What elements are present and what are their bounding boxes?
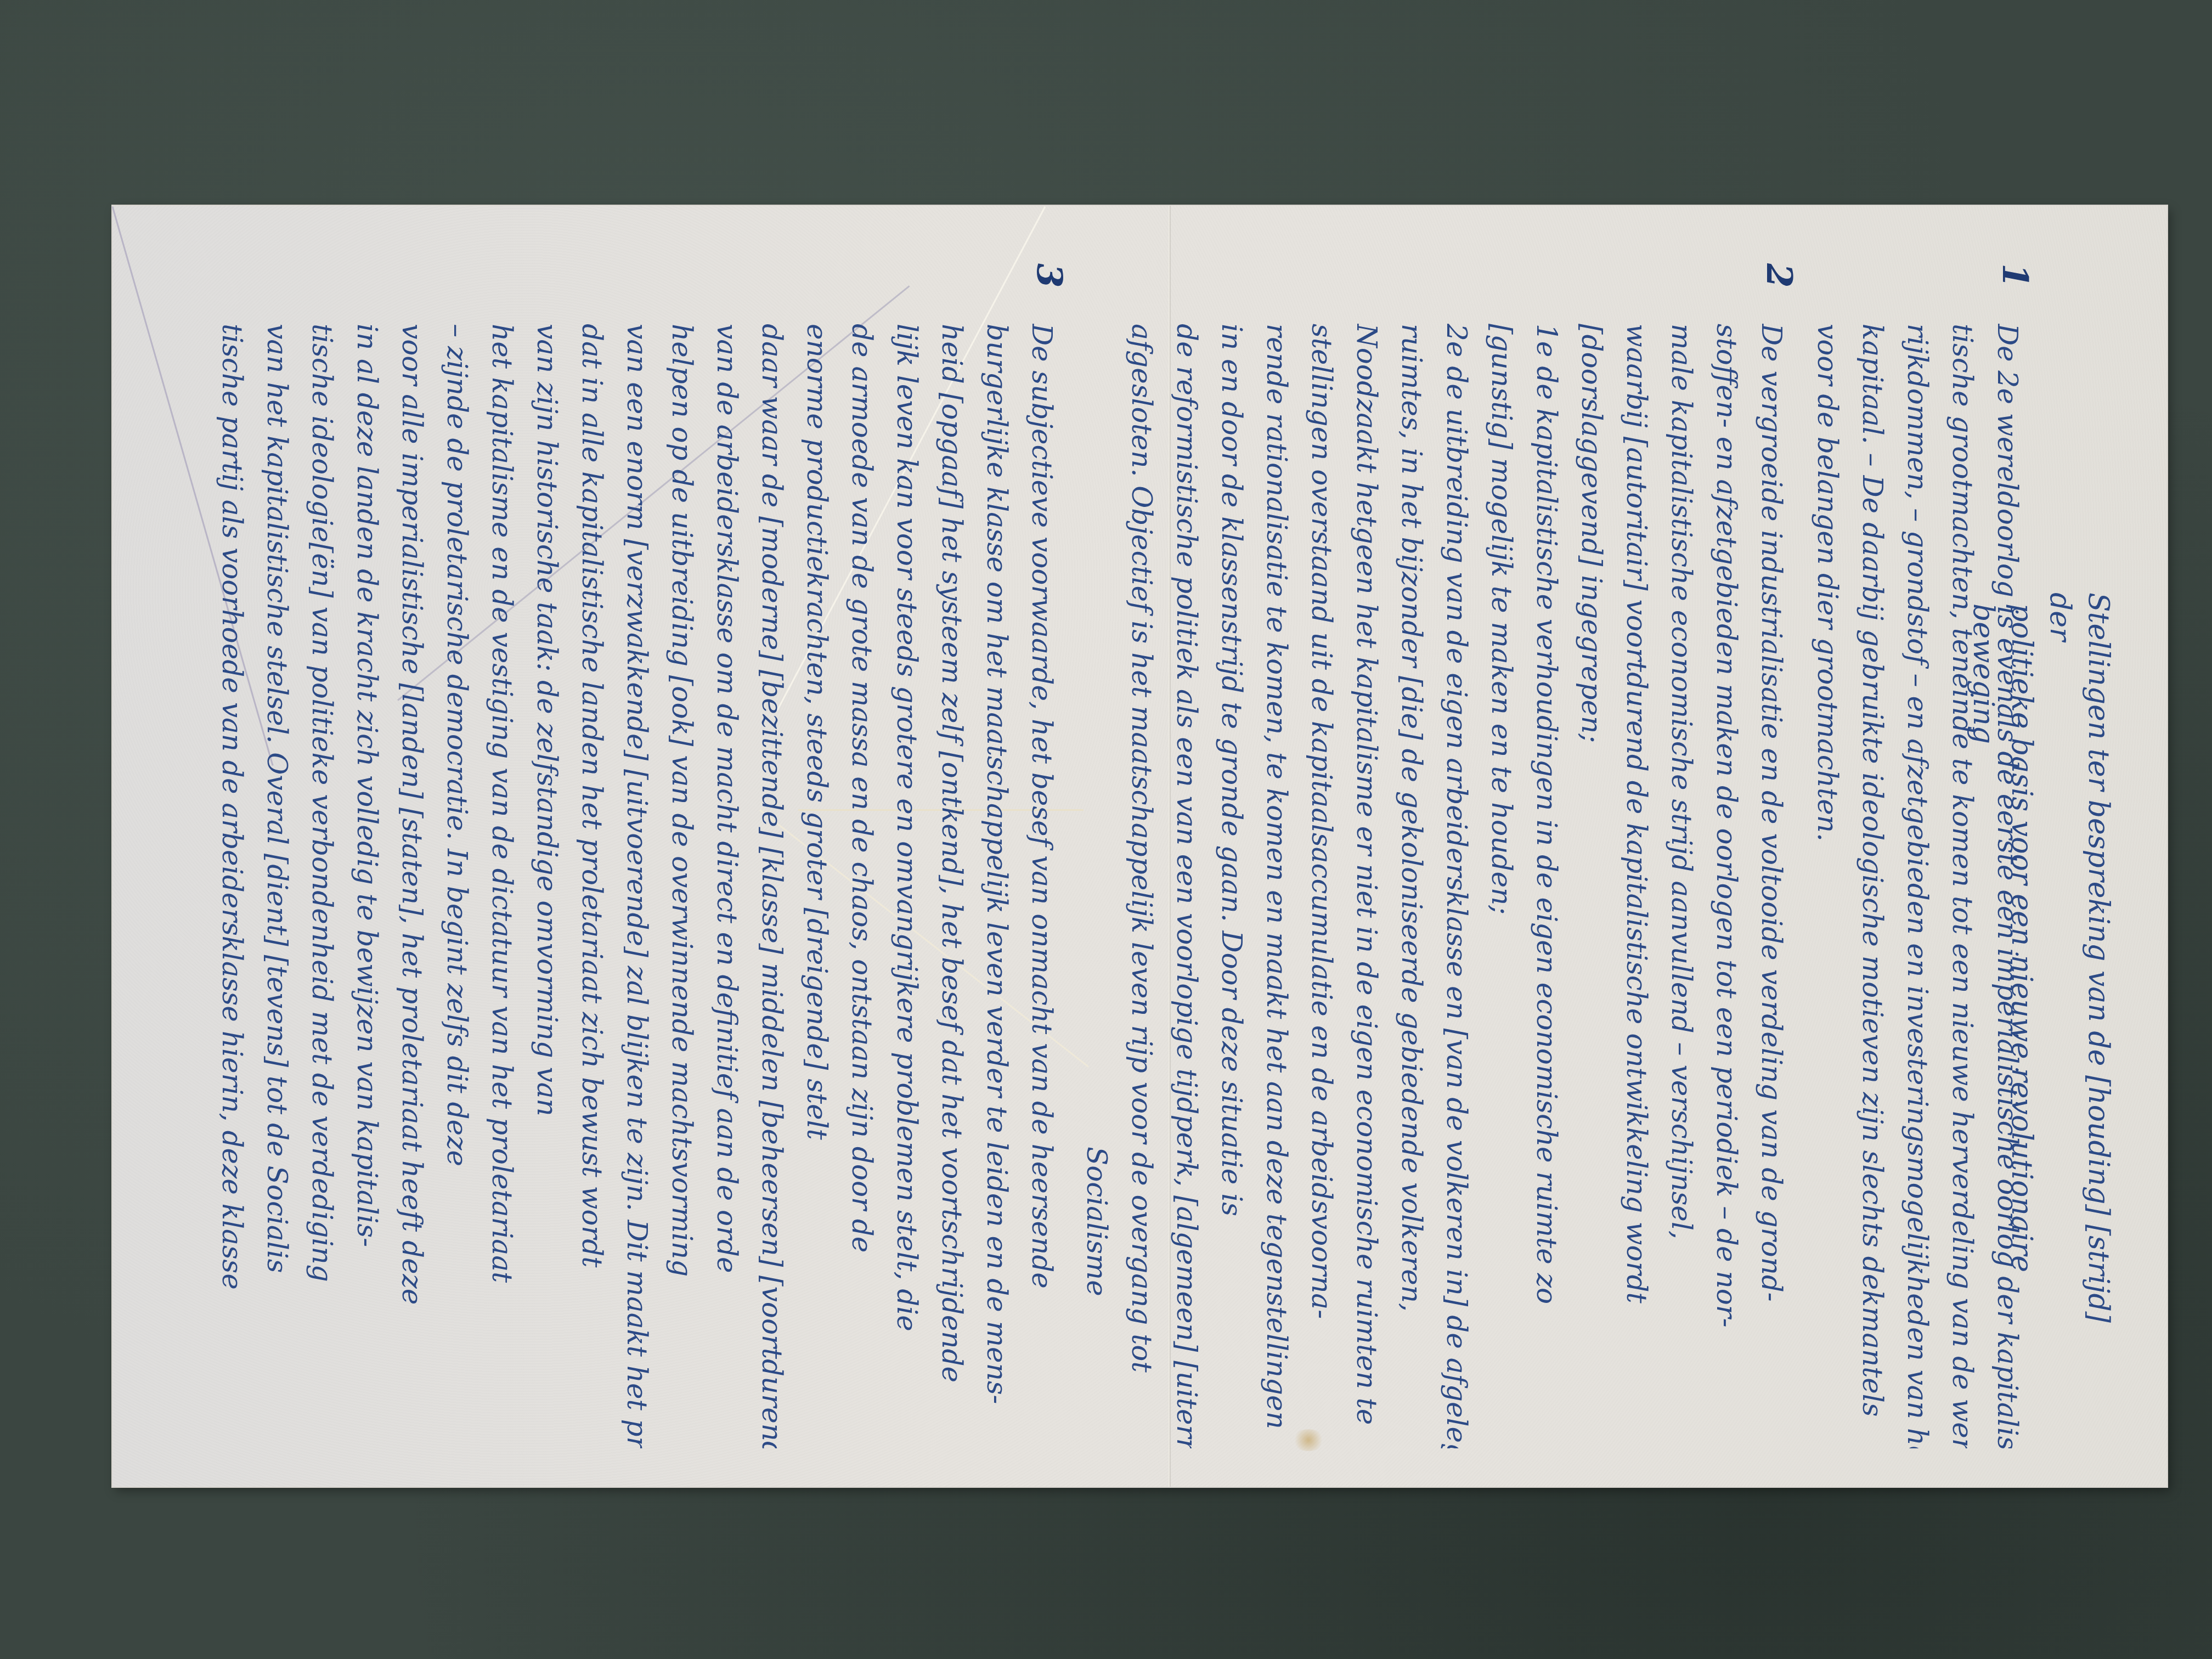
text-line: van een enorm [verzwakkende] [uitvoerend… <box>614 324 659 1448</box>
text-line: [doorslaggevend] ingegrepen; <box>1569 324 1614 1448</box>
text-line: helpen op de uitbreiding [ook] van de ov… <box>659 324 704 1448</box>
text-line: voor alle imperialistische [landen] [sta… <box>390 324 435 1448</box>
handwritten-text: Stellingen ter bespreking van de [houdin… <box>132 241 2129 1448</box>
text-line: van het kapitalistische stelsel. Overal … <box>255 324 300 1448</box>
section-number: 1 <box>1994 263 2035 288</box>
text-line: De 2e wereldoorlog is evenals de eerste … <box>1985 324 2030 1448</box>
text-line: [gunstig] mogelijk te maken en te houden… <box>1479 324 1524 1448</box>
text-line: tische ideologie[ën] van politieke verbo… <box>300 324 345 1448</box>
section-3: De subjectieve voorwaarde, het besef van… <box>210 324 1064 1448</box>
text-line: waarbij [autoritair] voortdurend de kapi… <box>1614 324 1659 1448</box>
text-line: De vergroeide industrialisatie en de vol… <box>1749 324 1794 1448</box>
text-line: het kapitalisme en de vestiging van de d… <box>479 324 524 1448</box>
text-line: – zijnde de proletarische democratie. In… <box>435 324 479 1448</box>
text-line: dat in alle kapitalistische landen het p… <box>569 324 614 1448</box>
text-line: enorme productiekrachten, steeds groter … <box>794 324 839 1448</box>
text-line: Socialisme <box>1074 324 1119 1448</box>
text-line: de armoede van de grote massa en de chao… <box>839 324 884 1448</box>
text-line: voor de belangen dier grootmachten. <box>1805 324 1850 1448</box>
text-line: stellingen overstaand uit de kapitaalsac… <box>1299 324 1344 1448</box>
section-2: De vergroeide industrialisatie en de vol… <box>1074 324 1794 1448</box>
text-line: lijk leven kan voor steeds grotere en om… <box>884 324 929 1448</box>
section-number: 3 <box>1029 263 1070 288</box>
text-line: van de arbeidersklasse om de macht direc… <box>704 324 749 1448</box>
text-line: tische grootmachten, teneinde te komen t… <box>1940 324 1985 1448</box>
text-line: stoffen- en afzetgebieden maken de oorlo… <box>1704 324 1749 1448</box>
text-line: heid [opgaaf] het systeem zelf [ontkend]… <box>929 324 974 1448</box>
text-line: burgerlijke klasse om het maatschappelij… <box>974 324 1019 1448</box>
text-line: daar waar de [moderne] [bezittende] [kla… <box>749 324 794 1448</box>
text-line: Noodzaakt hetgeen het kapitalisme er nie… <box>1344 324 1389 1448</box>
text-line: rende rationalisatie te komen, te komen … <box>1254 324 1299 1448</box>
text-line: afgesloten. Objectief is het maatschappe… <box>1119 324 1164 1448</box>
text-line: 2e de uitbreiding van de eigen arbeiders… <box>1434 324 1479 1448</box>
text-line: de reformistische politiek als een van e… <box>1164 324 1209 1448</box>
text-line: ruimtes, in het bijzonder [die] de gekol… <box>1389 324 1434 1448</box>
text-line: 1e de kapitalistische verhoudingen in de… <box>1524 324 1569 1448</box>
text-line: in al deze landen de kracht zich volledi… <box>345 324 390 1448</box>
section-1: De 2e wereldoorlog is evenals de eerste … <box>1805 324 2030 1448</box>
text-line: tische partij als voorhoede van de arbei… <box>210 324 255 1448</box>
text-line: kapitaal. – De daarbij gebruikte ideolog… <box>1850 324 1895 1448</box>
text-line: rijkdommen, – grondstof – en afzetgebied… <box>1895 324 1940 1448</box>
title-line-1: Stellingen ter bespreking van de [houdin… <box>2041 592 2118 1361</box>
section-number: 2 <box>1758 263 1799 288</box>
text-line: in en door de klassenstrijd te gronde ga… <box>1209 324 1254 1448</box>
text-line: male kapitalistische economische strijd … <box>1659 324 1704 1448</box>
text-line: De subjectieve voorwaarde, het besef van… <box>1019 324 1064 1448</box>
text-line: van zijn historische taak: de zelfstandi… <box>524 324 569 1448</box>
